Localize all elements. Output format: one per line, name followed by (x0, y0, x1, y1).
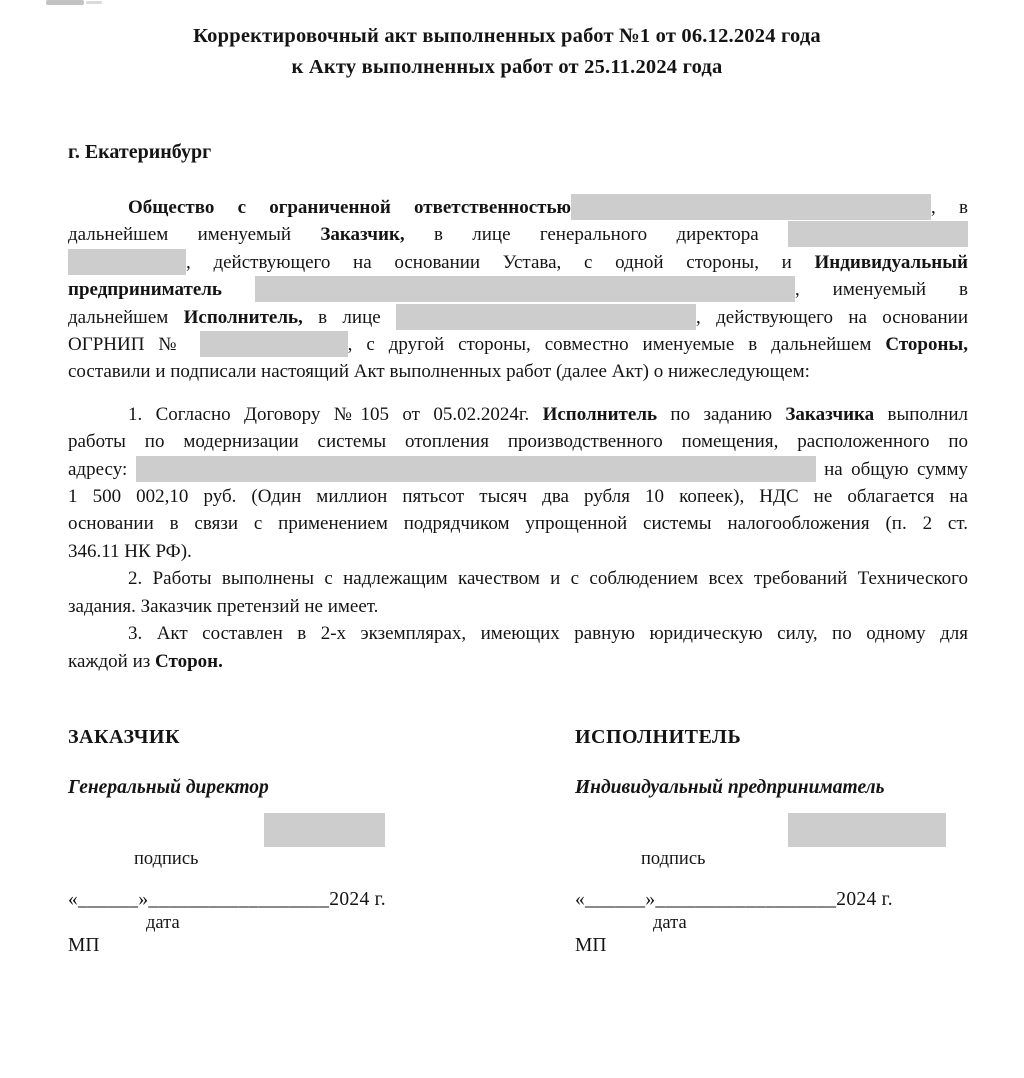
contractor-signature-redaction-box (788, 813, 946, 847)
customer-sign-label: подпись (134, 849, 513, 870)
redaction-box (396, 304, 696, 330)
text-run: работы по модернизации системы отопления… (68, 431, 968, 452)
text-run: в лице генерального директора (405, 224, 788, 245)
text-run: Стороны, (885, 334, 968, 355)
text-line: 1 500 002,10 руб. (Один миллион пятьсот … (68, 483, 968, 510)
text-line: , действующего на основании Устава, с од… (68, 249, 968, 276)
text-line: основании в связи с применением подрядчи… (68, 510, 968, 537)
text-line: каждой из Сторон. (68, 648, 968, 675)
text-line: дальнейшем именуемый Заказчик, в лице ге… (68, 221, 968, 248)
text-run: Индивидуальный (815, 252, 968, 273)
text-run (222, 279, 255, 300)
text-run: ОГРНИП № (68, 334, 200, 355)
text-line: Общество с ограниченной ответственностью… (68, 194, 968, 221)
contractor-stamp-label: МП (575, 935, 1020, 957)
text-run: адресу: (68, 459, 136, 480)
text-run: , именуемый в (795, 279, 968, 300)
text-run: Сторон. (155, 651, 223, 672)
text-run: 1. Согласно Договору №105 от 05.02.2024г… (128, 404, 543, 425)
text-line: 346.11 НК РФ). (68, 538, 968, 565)
text-line: работы по модернизации системы отопления… (68, 428, 968, 455)
text-run: , действующего на основании (696, 307, 968, 328)
document-body: Общество с ограниченной ответственностью… (68, 194, 968, 675)
text-run: основании в связи с применением подрядчи… (68, 513, 968, 534)
text-line: 2. Работы выполнены с надлежащим качеств… (68, 565, 968, 592)
redaction-box (200, 331, 348, 357)
paragraph: 1. Согласно Договору №105 от 05.02.2024г… (68, 401, 968, 565)
redaction-box (68, 249, 186, 275)
customer-date-label: дата (146, 913, 513, 934)
signature-block-customer: ЗАКАЗЧИК Генеральный директор подпись «_… (68, 726, 513, 957)
text-run: 3. Акт составлен в 2-х экземплярах, имею… (128, 623, 968, 644)
contractor-date-line: «______»__________________2024 г. (575, 889, 1020, 911)
text-line: 3. Акт составлен в 2-х экземплярах, имею… (68, 620, 968, 647)
text-run: Общество с ограниченной ответственностью (128, 197, 571, 218)
redaction-box (788, 221, 968, 247)
text-line: составили и подписали настоящий Акт выпо… (68, 358, 968, 385)
scan-artifact-mark (86, 1, 102, 4)
text-run: Заказчика (785, 404, 874, 425)
text-line: ОГРНИП № , с другой стороны, совместно и… (68, 331, 968, 358)
customer-stamp-label: МП (68, 935, 513, 957)
text-run: 1 500 002,10 руб. (Один миллион пятьсот … (68, 486, 968, 507)
text-run: дальнейшем (68, 307, 184, 328)
text-run: дальнейшем именуемый (68, 224, 320, 245)
contractor-sign-label: подпись (641, 849, 1020, 870)
text-run: в лице (303, 307, 396, 328)
redaction-box (571, 194, 931, 220)
paragraph: 2. Работы выполнены с надлежащим качеств… (68, 565, 968, 620)
text-run: 346.11 НК РФ). (68, 541, 192, 562)
text-line: 1. Согласно Договору №105 от 05.02.2024г… (68, 401, 968, 428)
paragraph: 3. Акт составлен в 2-х экземплярах, имею… (68, 620, 968, 675)
city-label: г. Екатеринбург (68, 141, 211, 164)
document-title-line2: к Акту выполненных работ от 25.11.2024 г… (0, 52, 1014, 83)
customer-role: Генеральный директор (68, 777, 513, 799)
text-run: составили и подписали настоящий Акт выпо… (68, 361, 810, 382)
text-run: по заданию (657, 404, 785, 425)
signature-block-contractor: ИСПОЛНИТЕЛЬ Индивидуальный предпринимате… (575, 726, 1020, 957)
document-page: Корректировочный акт выполненных работ №… (0, 0, 1024, 1078)
text-line: дальнейшем Исполнитель, в лице , действу… (68, 304, 968, 331)
customer-date-line: «______»__________________2024 г. (68, 889, 513, 911)
redaction-box (136, 456, 816, 482)
contractor-heading: ИСПОЛНИТЕЛЬ (575, 726, 1020, 749)
text-line: адресу: на общую сумму (68, 456, 968, 483)
text-run: Исполнитель (543, 404, 657, 425)
customer-heading: ЗАКАЗЧИК (68, 726, 513, 749)
text-run: Заказчик, (320, 224, 404, 245)
redaction-box (255, 276, 795, 302)
contractor-date-label: дата (653, 913, 1020, 934)
text-run: , действующего на основании Устава, с од… (186, 252, 815, 273)
text-line: задания. Заказчик претензий не имеет. (68, 593, 968, 620)
contractor-role: Индивидуальный предприниматель (575, 777, 1020, 799)
text-run: предприниматель (68, 279, 222, 300)
text-line: предприниматель , именуемый в (68, 276, 968, 303)
document-title: Корректировочный акт выполненных работ №… (0, 21, 1014, 83)
text-run: выполнил (874, 404, 968, 425)
customer-signature-redaction-box (264, 813, 385, 847)
scan-artifact-mark (46, 0, 84, 5)
text-run: каждой из (68, 651, 155, 672)
text-run: Исполнитель, (184, 307, 303, 328)
text-run: задания. Заказчик претензий не имеет. (68, 596, 378, 617)
document-title-line1: Корректировочный акт выполненных работ №… (0, 21, 1014, 52)
text-run: на общую сумму (816, 459, 968, 480)
paragraph: Общество с ограниченной ответственностью… (68, 194, 968, 386)
text-run: , в (931, 197, 968, 218)
text-run: 2. Работы выполнены с надлежащим качеств… (128, 568, 968, 589)
text-run: , с другой стороны, совместно именуемые … (348, 334, 886, 355)
